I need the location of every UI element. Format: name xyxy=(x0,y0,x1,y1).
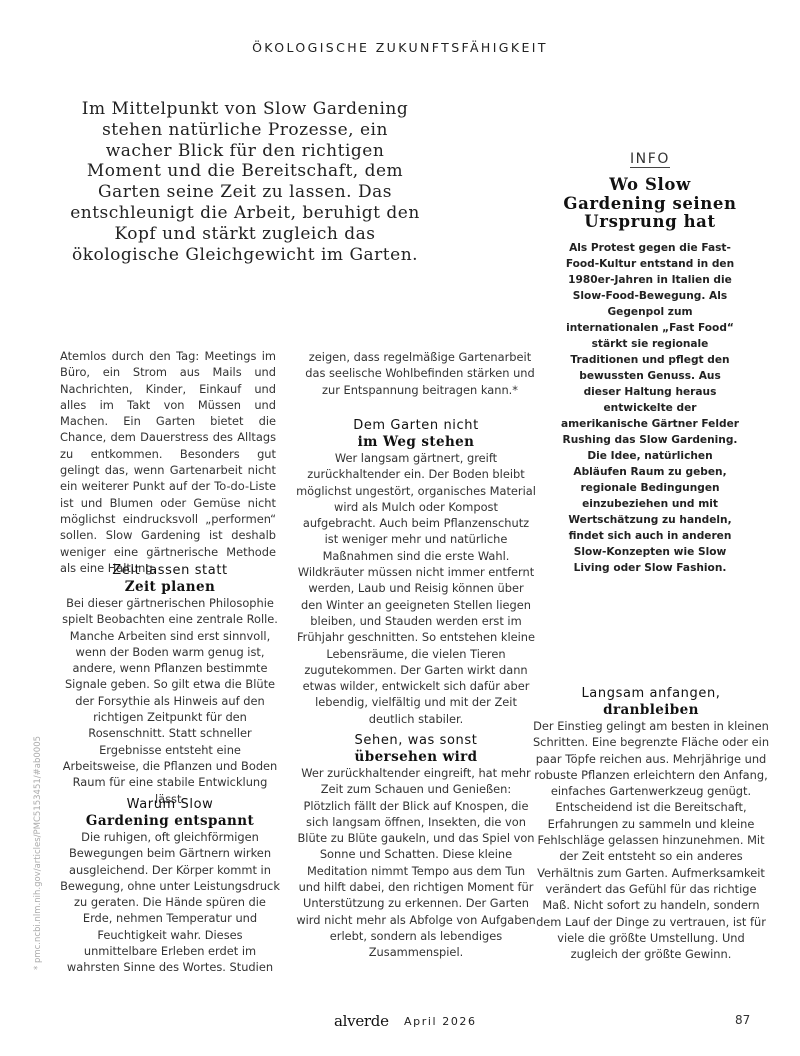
lead-paragraph: Im Mittelpunkt von Slow Gardening stehen… xyxy=(70,99,420,265)
section-heading: Dem Garten nicht im Weg stehen xyxy=(296,418,536,450)
section-langsam-anfangen: Langsam anfangen, dranbleiben Der Einsti… xyxy=(532,686,770,962)
section-zeit-lassen: Zeit lassen statt Zeit planen Bei dieser… xyxy=(60,563,280,807)
section-heading: Langsam anfangen, dranbleiben xyxy=(532,686,770,718)
section-body: Die ruhigen, oft gleichförmigen Bewegung… xyxy=(60,829,280,976)
issue-date: April 2026 xyxy=(404,1015,477,1028)
section-heading: Zeit lassen statt Zeit planen xyxy=(60,563,280,595)
section-label: ÖKOLOGISCHE ZUKUNFTSFÄHIGKEIT xyxy=(0,40,800,55)
info-label: INFO xyxy=(630,151,670,168)
info-text: Als Protest gegen die Fast-Food-Kultur e… xyxy=(560,240,740,576)
info-box: INFO Wo Slow Gardening seinen Ursprung h… xyxy=(560,148,740,576)
section-warum-slow-gardening: Warum Slow Gardening entspannt Die ruhig… xyxy=(60,797,280,976)
section-body: Der Einstieg gelingt am besten in kleine… xyxy=(532,718,770,962)
section-body: Wer langsam gärtnert, greift zurückhalte… xyxy=(296,450,536,727)
section-body: Wer zurückhaltender eingreift, hat mehr … xyxy=(296,765,536,961)
brand-logo: alverde xyxy=(334,1012,389,1030)
source-footnote: * pmc.ncbi.nlm.nih.gov/articles/PMC51534… xyxy=(33,736,43,970)
section-body: Bei dieser gärtnerischen Philosophie spi… xyxy=(60,595,280,807)
info-title: Wo Slow Gardening seinen Ursprung hat xyxy=(560,176,740,232)
section-continuation: zeigen, dass regelmäßige Gartenarbeit da… xyxy=(300,349,540,398)
page-number: 87 xyxy=(735,1013,750,1027)
section-heading: Sehen, was sonst übersehen wird xyxy=(296,733,536,765)
section-sehen-was-sonst: Sehen, was sonst übersehen wird Wer zurü… xyxy=(296,733,536,961)
intro-paragraph: Atemlos durch den Tag: Meetings im Büro,… xyxy=(60,348,276,576)
section-dem-garten-nicht: Dem Garten nicht im Weg stehen Wer langs… xyxy=(296,418,536,727)
section-heading: Warum Slow Gardening entspannt xyxy=(60,797,280,829)
